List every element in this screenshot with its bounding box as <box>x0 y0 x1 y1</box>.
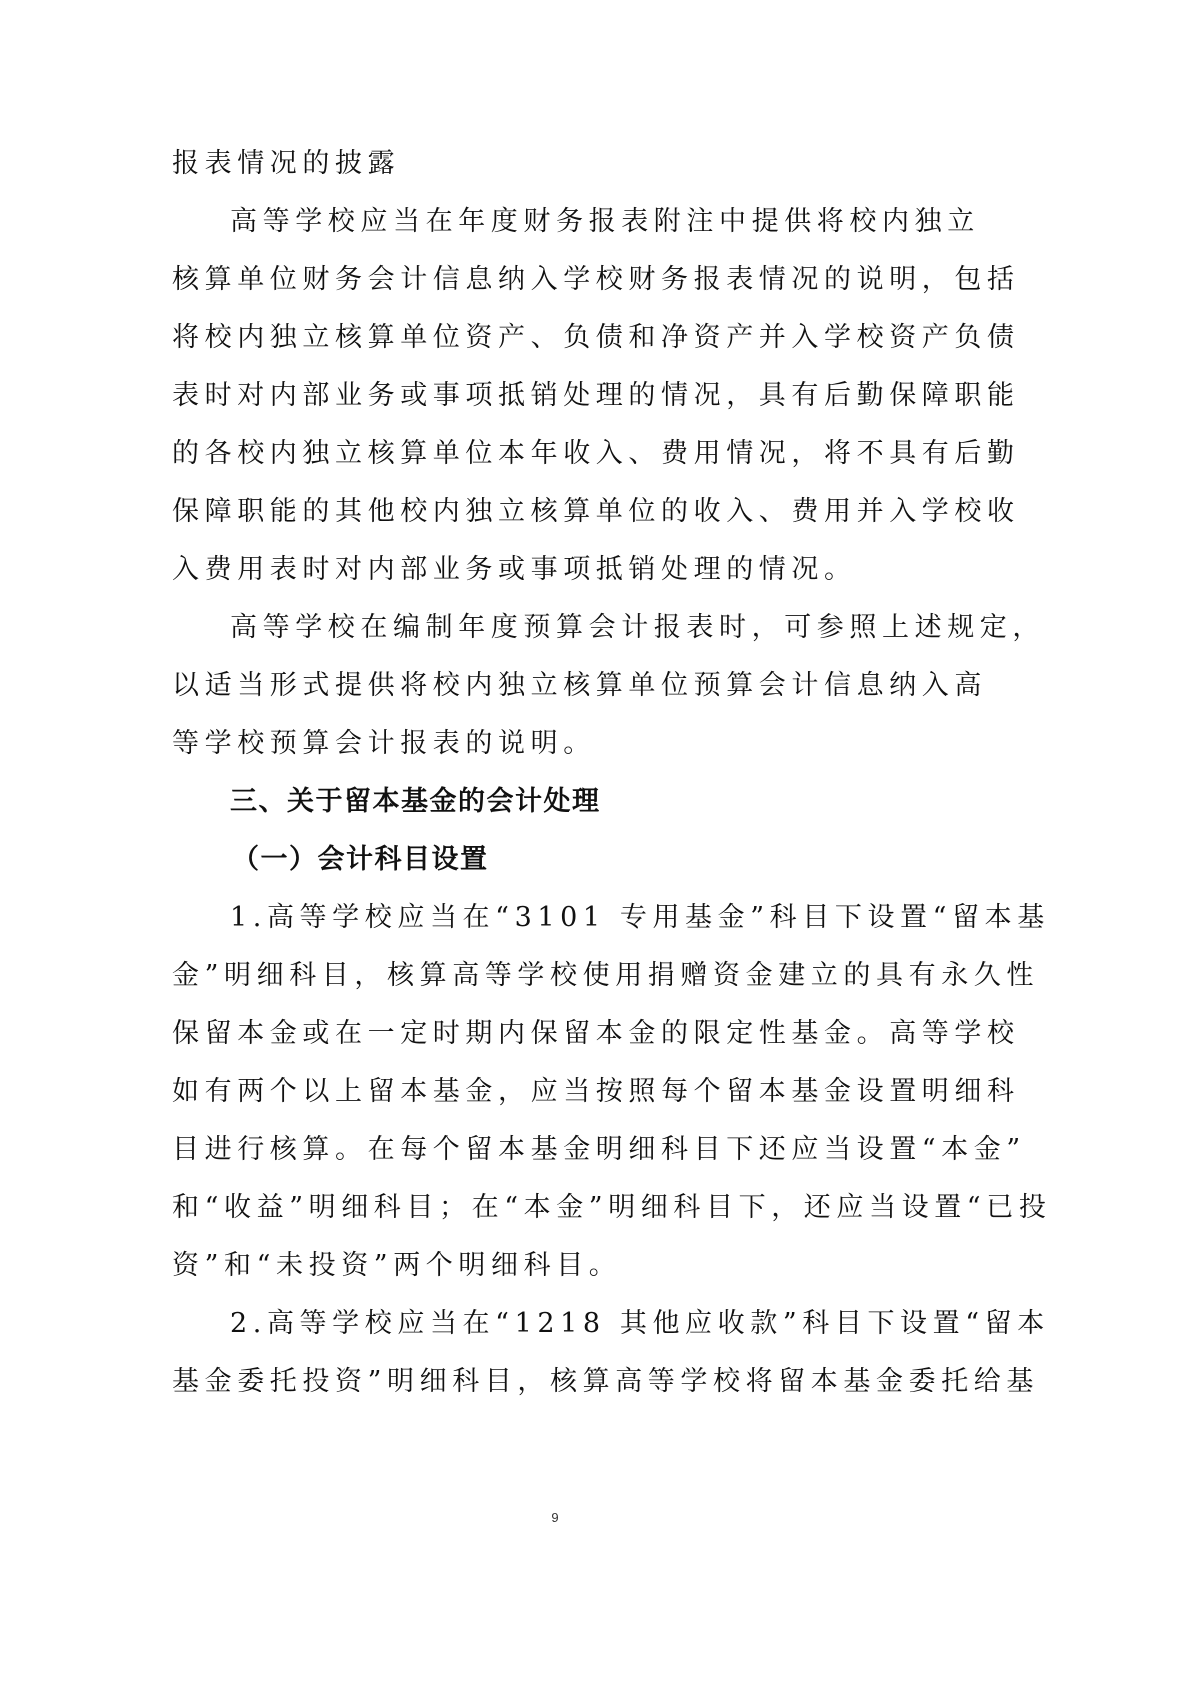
text-line: 将校内独立核算单位资产、负债和净资产并入学校资产负债 <box>172 318 952 358</box>
text-line: 报表情况的披露 <box>172 144 952 184</box>
text-line: 保留本金或在一定时期内保留本金的限定性基金。高等学校 <box>172 1014 952 1054</box>
text-line: 的各校内独立核算单位本年收入、费用情况，将不具有后勤 <box>172 434 952 474</box>
paragraph-start: 1.高等学校应当在“3101 专用基金”科目下设置“留本基 <box>230 898 1010 938</box>
text-line: 金”明细科目，核算高等学校使用捐赠资金建立的具有永久性 <box>172 956 952 996</box>
paragraph-start: 高等学校在编制年度预算会计报表时，可参照上述规定， <box>230 608 1010 648</box>
document-page: 报表情况的披露 高等学校应当在年度财务报表附注中提供将校内独立 核算单位财务会计… <box>0 0 1191 1684</box>
text-line: 以适当形式提供将校内独立核算单位预算会计信息纳入高 <box>172 666 952 706</box>
text-line: 资”和“未投资”两个明细科目。 <box>172 1246 952 1286</box>
text-line: 入费用表时对内部业务或事项抵销处理的情况。 <box>172 550 952 590</box>
text-line: 表时对内部业务或事项抵销处理的情况，具有后勤保障职能 <box>172 376 952 416</box>
text-line: 如有两个以上留本基金，应当按照每个留本基金设置明细科 <box>172 1072 952 1112</box>
text-line: 保障职能的其他校内独立核算单位的收入、费用并入学校收 <box>172 492 952 532</box>
text-line: 核算单位财务会计信息纳入学校财务报表情况的说明，包括 <box>172 260 952 300</box>
text-line: 目进行核算。在每个留本基金明细科目下还应当设置“本金” <box>172 1130 952 1170</box>
paragraph-start: 2.高等学校应当在“1218 其他应收款”科目下设置“留本 <box>230 1304 1010 1344</box>
paragraph-start: 高等学校应当在年度财务报表附注中提供将校内独立 <box>230 202 1010 242</box>
section-heading: 三、关于留本基金的会计处理 <box>230 782 1010 822</box>
text-line: 和“收益”明细科目；在“本金”明细科目下，还应当设置“已投 <box>172 1188 952 1228</box>
text-line: 基金委托投资”明细科目，核算高等学校将留本基金委托给基 <box>172 1362 952 1402</box>
page-number: 9 <box>545 1510 565 1525</box>
subsection-heading: （一）会计科目设置 <box>232 840 1012 880</box>
text-line: 等学校预算会计报表的说明。 <box>172 724 952 764</box>
